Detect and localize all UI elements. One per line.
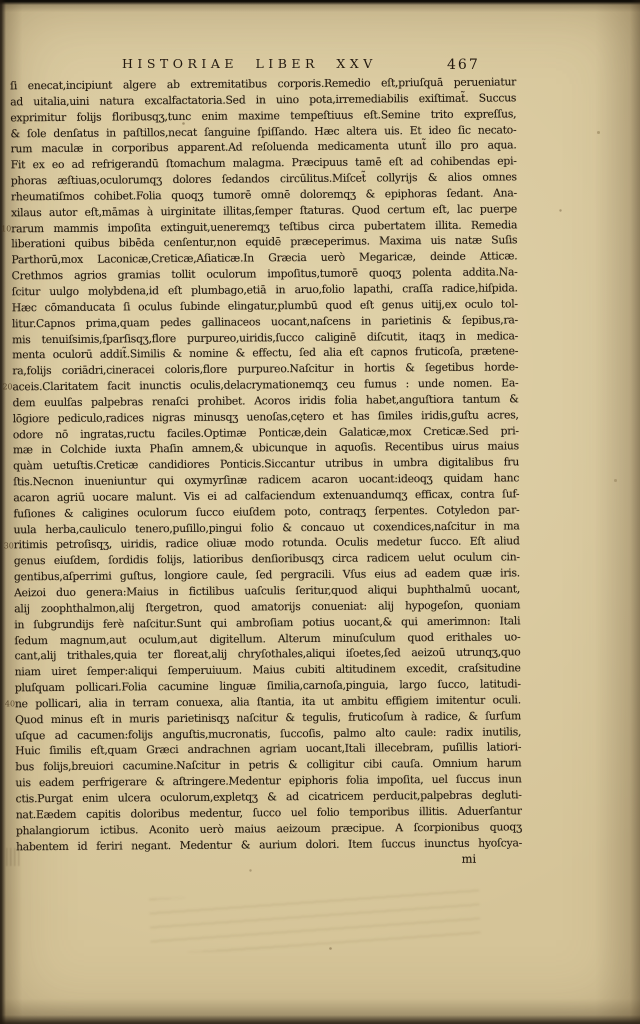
margin-line-number: 10: [1, 224, 11, 233]
scan-edge-top: [0, 0, 640, 5]
book-page-scan: HISTORIAE LIBER XXV 467 ſi enecat,incipi…: [0, 0, 640, 1024]
running-title: HISTORIAE LIBER XXV: [122, 56, 377, 71]
paper-specks: [0, 0, 1, 1]
bleedthrough-marks: [149, 887, 481, 953]
catchword: mi: [461, 852, 476, 866]
scan-edge-right: [630, 0, 640, 1024]
margin-line-number: 30: [4, 541, 14, 550]
body-text-block: ſi enecat,incipiunt algere ab extremitat…: [10, 74, 522, 870]
margin-line-number: 40: [5, 699, 15, 708]
ink-smudge: [6, 848, 22, 866]
scan-edge-bottom: [0, 1015, 640, 1024]
page-header: HISTORIAE LIBER XXV 467: [10, 56, 516, 76]
page-number: 467: [447, 57, 480, 73]
text-lines: ſi enecat,incipiunt algere ab extremitat…: [10, 74, 522, 854]
margin-line-number: 20: [2, 382, 12, 391]
scan-edge-left: [0, 0, 6, 1024]
